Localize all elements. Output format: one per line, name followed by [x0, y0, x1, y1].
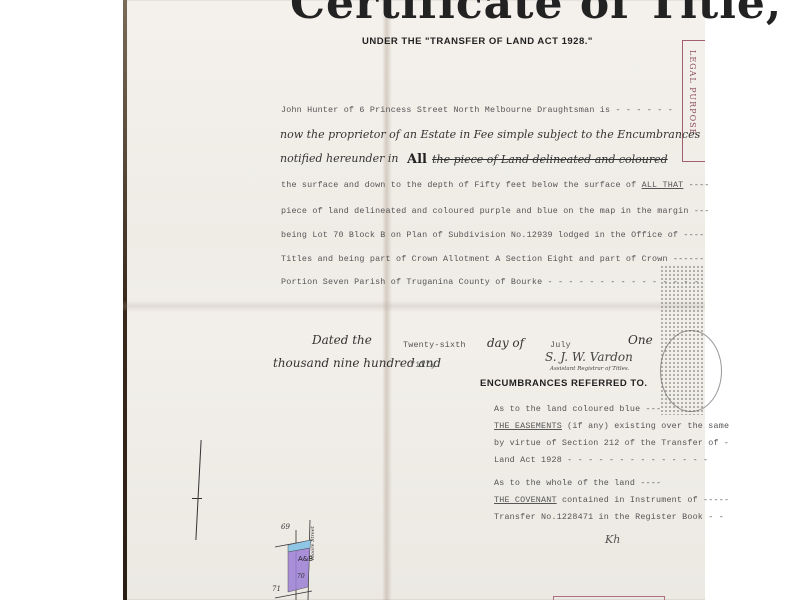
- dated-month: July: [550, 340, 571, 350]
- encumbrances-heading: ENCUMBRANCES REFERRED TO.: [480, 378, 648, 389]
- lot-71-label: 71: [272, 585, 281, 593]
- easements-underlined: THE EASEMENTS: [494, 421, 562, 431]
- all-that-underlined: ALL THAT: [642, 180, 684, 190]
- covenant-tail: contained in Instrument of -----: [557, 495, 729, 505]
- all-clause: All the piece of Land delineated and col…: [407, 148, 668, 167]
- legal-purpose-stamp: LEGAL PURPOSE: [688, 50, 697, 135]
- notified-label: notified hereunder in: [280, 152, 398, 165]
- easements-tail: (if any) existing over the same: [562, 421, 729, 431]
- enc-item2-line3: Transfer No.1228471 in the Register Book…: [494, 512, 724, 522]
- enc-item2-line2: THE COVENANT contained in Instrument of …: [494, 495, 729, 505]
- enc-item1-line2: THE EASEMENTS (if any) existing over the…: [494, 421, 729, 431]
- enc-item1-line1: As to the land coloured blue ---: [494, 404, 661, 414]
- paper-fold-horizontal: [123, 300, 705, 312]
- surface-line: the surface and down to the depth of Fif…: [281, 180, 710, 190]
- struck-clause: the piece of Land delineated and coloure…: [432, 153, 668, 166]
- dated-day: Twenty-sixth: [403, 340, 466, 350]
- proprietor-line: John Hunter of 6 Princess Street North M…: [281, 105, 673, 115]
- registrar-signature: S. J. W. Vardon: [545, 350, 633, 364]
- titles-line: Titles and being part of Crown Allotment…: [281, 254, 704, 264]
- bottom-stamp-box: [553, 596, 665, 600]
- portion-line: Portion Seven Parish of Truganina County…: [281, 277, 699, 287]
- lot-line: being Lot 70 Block B on Plan of Subdivis…: [281, 230, 704, 240]
- official-seal: [660, 330, 722, 412]
- surface-text: the surface and down to the depth of Fif…: [281, 180, 642, 190]
- certificate-subtitle: UNDER THE "TRANSFER OF LAND ACT 1928.": [362, 36, 593, 47]
- piece-line: piece of land delineated and coloured pu…: [281, 206, 710, 216]
- estate-line: now the proprietor of an Estate in Fee s…: [280, 128, 700, 141]
- street-label: Moore Street: [310, 526, 316, 560]
- one-label: One: [628, 333, 653, 347]
- lot-70-label: 70: [297, 573, 305, 580]
- lot-69-label: 69: [281, 523, 290, 531]
- covenant-underlined: THE COVENANT: [494, 495, 557, 505]
- dated-year: fifty.: [410, 360, 441, 370]
- pencil-tick: [192, 498, 202, 499]
- day-of-label: day of: [487, 336, 524, 350]
- all-word: All: [407, 152, 427, 167]
- initials: Kh: [605, 533, 620, 546]
- surface-tail: ----: [683, 180, 709, 190]
- dated-label: Dated the: [312, 333, 372, 347]
- enc-item1-line4: Land Act 1928 - - - - - - - - - - - - - …: [494, 455, 708, 465]
- registrar-caption: Assistant Registrar of Titles.: [550, 366, 630, 372]
- enc-item1-line3: by virtue of Section 212 of the Transfer…: [494, 438, 729, 448]
- certificate-title: Certificate of Title,: [290, 0, 782, 29]
- enc-item2-line1: As to the whole of the land ----: [494, 478, 661, 488]
